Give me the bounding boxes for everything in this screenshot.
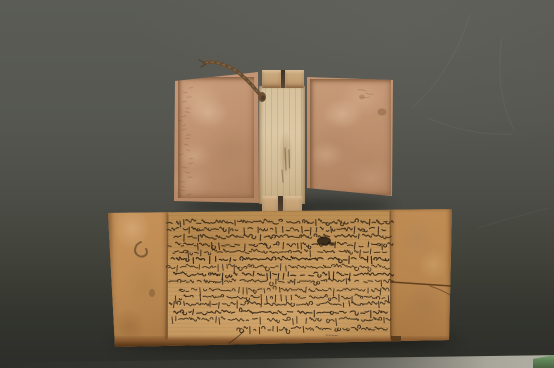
cover-right-board: [305, 72, 397, 203]
wooden-book-cover: [173, 62, 397, 218]
spine-top-tab-left: [262, 70, 281, 88]
cover-left-board: [173, 70, 260, 206]
cover-right-inner-panel: [310, 79, 391, 195]
photo-stage: [0, 0, 554, 368]
cover-spine: [259, 86, 305, 204]
inscribed-tablet: [108, 209, 452, 348]
spine-top-tab-right: [285, 70, 304, 88]
tablet-left-cap: [108, 209, 168, 348]
tablet-right-cap: [390, 209, 452, 348]
cover-left-inner-panel: [178, 77, 254, 198]
backdrop-edge-strip: [0, 354, 554, 368]
